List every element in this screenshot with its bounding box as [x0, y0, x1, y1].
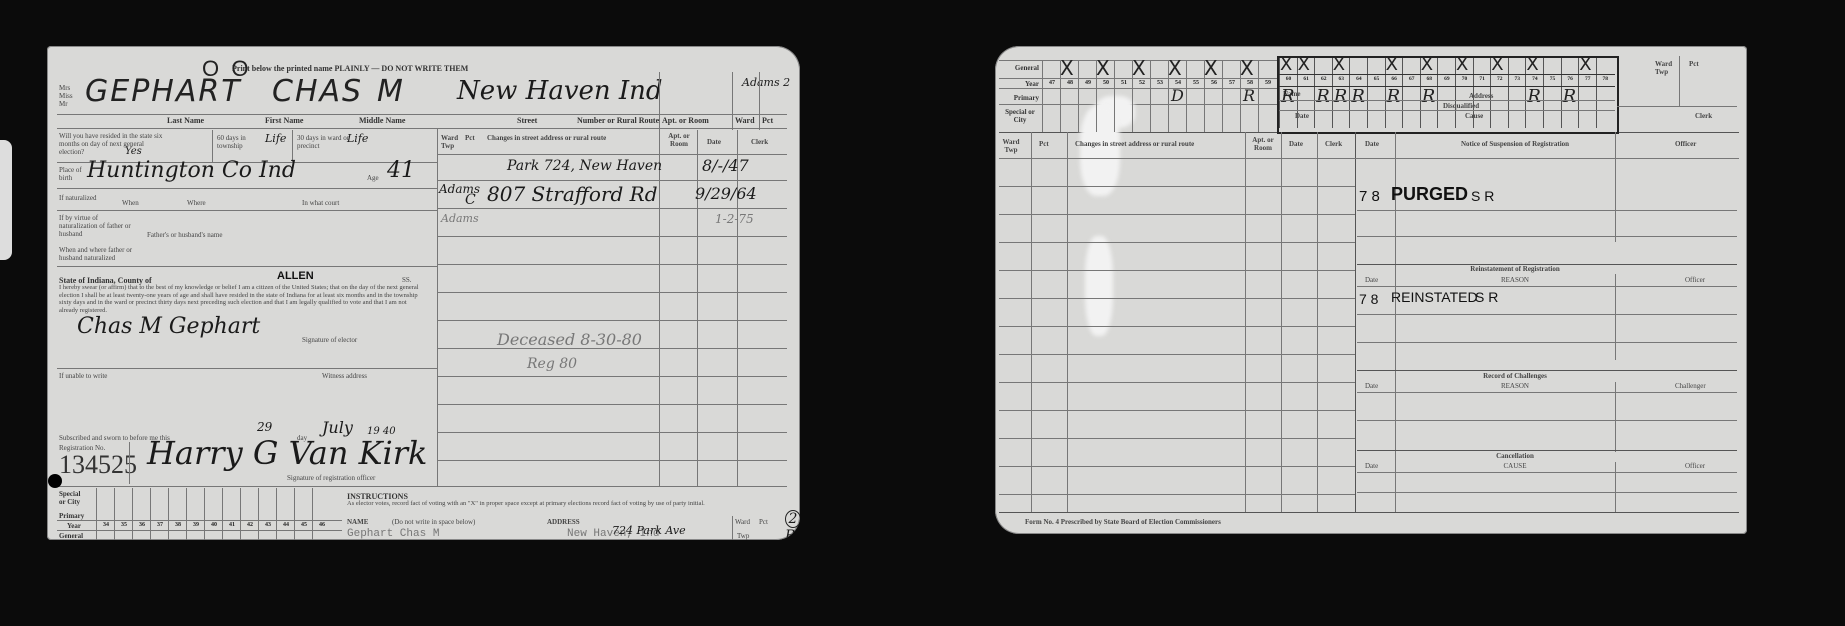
- last-name-label: Last Name: [167, 116, 204, 125]
- form-footer: Form No. 4 Prescribed by State Board of …: [1025, 518, 1221, 526]
- pct-label-bottom: Pct: [759, 518, 768, 526]
- challenges-title: Record of Challenges: [1415, 372, 1615, 380]
- vote-mark-primary: R: [1387, 86, 1401, 107]
- vote-mark-general: X: [1386, 54, 1398, 75]
- year-cell: 71: [1474, 76, 1491, 82]
- year-cell: 35: [115, 522, 133, 528]
- challenges-header-challenger: Challenger: [1675, 382, 1706, 390]
- oath-text: I hereby swear (or affirm) that to the b…: [59, 284, 424, 314]
- elector-signature-label: Signature of elector: [302, 336, 357, 344]
- changes-header-pct: Pct: [465, 134, 475, 142]
- year-cell: 46: [313, 522, 331, 528]
- cancellation-header-cause: CAUSE: [1415, 462, 1615, 470]
- year-cell: 41: [223, 522, 241, 528]
- vote-mark-general: X: [1421, 54, 1433, 75]
- vote-mark-general: X: [1060, 56, 1074, 80]
- vote-mark-general: X: [1333, 54, 1345, 75]
- vote-mark-primary: R: [1316, 86, 1330, 107]
- year-cell: 37: [151, 522, 169, 528]
- naturalized-label: If naturalized: [59, 194, 97, 202]
- vote-mark-primary: D: [1171, 86, 1184, 105]
- back-header-ward: Ward Twp: [1001, 138, 1021, 154]
- year-cell: 44: [277, 522, 295, 528]
- year-cell: 78: [1597, 76, 1614, 82]
- vote-mark-general: X: [1491, 54, 1503, 75]
- boxed-cause-label: Cause: [1465, 112, 1483, 120]
- year-cell: 77: [1579, 76, 1596, 82]
- vote-mark-general: X: [1168, 56, 1182, 80]
- back-header-clerk: Clerk: [1325, 140, 1342, 148]
- suspension-header-notice: Notice of Suspension of Registration: [1415, 140, 1615, 148]
- changes-header-apt: Apt. or Room: [663, 132, 695, 148]
- fathers-name-label: Father's or husband's name: [147, 231, 222, 239]
- grid-label-general: General: [59, 532, 83, 540]
- year-cell: 62: [1315, 76, 1332, 82]
- middle-name: M: [377, 74, 405, 109]
- changes-header-address: Changes in street address or rural route: [487, 134, 657, 142]
- year-cell: 69: [1438, 76, 1455, 82]
- changes-header-ward: Ward Twp: [441, 134, 463, 150]
- pct-label-back: Pct: [1689, 60, 1699, 68]
- year-cell: 60: [1280, 76, 1297, 82]
- year-cell: 65: [1368, 76, 1385, 82]
- year-cell: 53: [1151, 80, 1169, 86]
- ward-label-bottom: Ward: [735, 518, 750, 526]
- court-label: In what court: [302, 199, 339, 207]
- year-cell: 36: [133, 522, 151, 528]
- year-cell: 55: [1187, 80, 1205, 86]
- year-cell: 59: [1259, 80, 1277, 86]
- number-label: Number or Rural Route: [577, 116, 659, 125]
- when-where-label: When and where father or husband natural…: [59, 246, 154, 262]
- where-label: Where: [187, 199, 206, 207]
- vote-mark-general: X: [1204, 56, 1218, 80]
- reinstatement-text: REINSTATED: [1391, 289, 1478, 305]
- title-prefix: Mrs Miss Mr: [59, 84, 75, 108]
- vote-mark-general: X: [1280, 54, 1292, 75]
- ward-twp-label: Ward Twp: [1655, 60, 1677, 76]
- middle-name-label: Middle Name: [359, 116, 405, 125]
- elector-signature: Chas M Gephart: [77, 314, 260, 339]
- reinstatement-date: 7 8: [1359, 291, 1378, 307]
- circled-mark: 2: [785, 510, 800, 528]
- year-cell: 75: [1544, 76, 1561, 82]
- year-cell: 64: [1350, 76, 1367, 82]
- back-header-apt: Apt. or Room: [1249, 136, 1277, 152]
- state-residence-value: Yes: [125, 146, 142, 157]
- birthplace-value: Huntington Co Ind: [87, 158, 296, 183]
- reinstatement-header-reason: REASON: [1415, 276, 1615, 284]
- registration-card-front: Print below the printed name PLAINLY — D…: [47, 46, 800, 540]
- first-name: CHAS: [272, 74, 363, 109]
- cancellation-title: Cancellation: [1415, 452, 1615, 460]
- year-cell: 51: [1115, 80, 1133, 86]
- vote-mark-general: X: [1096, 56, 1110, 80]
- changes-header-date: Date: [707, 138, 721, 146]
- year-cell: 43: [259, 522, 277, 528]
- year-cell: 42: [241, 522, 259, 528]
- year-cell: 48: [1061, 80, 1079, 86]
- handwritten-address: 724 Park Ave: [612, 524, 686, 537]
- suspension-header-date: Date: [1365, 140, 1379, 148]
- row-label-general: General: [1001, 64, 1039, 72]
- vote-mark-general: X: [1132, 56, 1146, 80]
- change-row-1-address: Park 724, New Haven: [507, 158, 662, 174]
- vote-mark-general: X: [1298, 54, 1310, 75]
- change-row-1-date: 8/-/47: [702, 156, 749, 175]
- vote-mark-general: X: [1456, 54, 1468, 75]
- year-cell: 57: [1223, 80, 1241, 86]
- year-cell: 47: [1043, 80, 1061, 86]
- vote-mark-primary: R: [1281, 86, 1295, 107]
- street-value: New Haven Ind: [457, 76, 663, 106]
- year-cell: 52: [1133, 80, 1151, 86]
- year-cell: 61: [1298, 76, 1315, 82]
- vote-mark-primary: R: [1243, 86, 1255, 105]
- last-name: GEPHART: [85, 74, 242, 109]
- vote-mark-primary: R: [1334, 86, 1348, 107]
- change-row-2-date: 9/29/64: [695, 184, 757, 203]
- instructions-text: As elector votes, record fact of voting …: [347, 500, 767, 508]
- change-row-2-address: 807 Strafford Rd: [487, 182, 658, 206]
- row-label-special: Special or City: [1001, 108, 1039, 124]
- year-cell: 73: [1509, 76, 1526, 82]
- first-name-label: First Name: [265, 116, 303, 125]
- reinstatement-officer: S R: [1475, 289, 1498, 305]
- do-not-write-label: (Do not write in space below): [392, 518, 475, 526]
- year-cell: 66: [1386, 76, 1403, 82]
- row-label-year: Year: [1001, 80, 1039, 88]
- suspension-officer: S R: [1471, 188, 1494, 204]
- registration-number: 134525: [59, 450, 137, 480]
- ward-pct-value: Adams 2: [742, 76, 790, 89]
- year-cell: 39: [187, 522, 205, 528]
- clerk-label-back: Clerk: [1695, 112, 1712, 120]
- year-cell: 49: [1079, 80, 1097, 86]
- scan-edge-artifact: [0, 140, 12, 260]
- when-label: When: [122, 199, 139, 207]
- vote-mark-primary: R: [1422, 86, 1436, 107]
- year-cell: 34: [97, 522, 115, 528]
- vote-mark-general: X: [1526, 54, 1538, 75]
- grid-label-year: Year: [67, 522, 81, 530]
- year-cell: 40: [205, 522, 223, 528]
- officer-signature-label: Signature of registration officer: [287, 474, 375, 482]
- grid-label-special: Special or City: [59, 490, 81, 506]
- year-cell: 67: [1403, 76, 1420, 82]
- ward-residence-value: Life: [347, 132, 368, 145]
- township-label: 60 days in township: [217, 134, 267, 150]
- back-header-pct: Pct: [1039, 140, 1049, 148]
- suspension-text: PURGED: [1391, 184, 1468, 205]
- registration-card-back: General Year Primary Special or City Nam…: [995, 46, 1747, 534]
- county-value: ALLEN: [277, 270, 314, 282]
- year-cell: 70: [1456, 76, 1473, 82]
- age-value: 41: [387, 158, 415, 183]
- year-cell: 56: [1205, 80, 1223, 86]
- vote-mark-primary: R: [1563, 86, 1577, 107]
- year-cell: 45: [295, 522, 313, 528]
- reinstatement-header-date: Date: [1365, 276, 1378, 284]
- year-cell: 50: [1097, 80, 1115, 86]
- change-row-2-pct: C: [465, 192, 476, 208]
- twp-label: Twp: [737, 532, 749, 540]
- township-value: Life: [265, 132, 286, 145]
- reinstatement-title: Reinstatement of Registration: [1415, 265, 1615, 273]
- state-residence-label: Will you have resided in the state six m…: [59, 132, 164, 156]
- vote-mark-general: X: [1240, 56, 1254, 80]
- year-cell: 68: [1421, 76, 1438, 82]
- derivative-label: If by virtue of naturalization of father…: [59, 214, 134, 238]
- cancellation-header-date: Date: [1365, 462, 1378, 470]
- address-label: ADDRESS: [547, 518, 580, 526]
- pct-label: Pct: [762, 116, 773, 125]
- changes-header-clerk: Clerk: [751, 138, 768, 146]
- year-cell: 76: [1562, 76, 1579, 82]
- year-cell: 72: [1491, 76, 1508, 82]
- ss-label: SS.: [402, 276, 412, 284]
- birthplace-label: Place of birth: [59, 166, 87, 182]
- change-row-3-date: 1-2-75: [715, 212, 754, 226]
- sworn-day: 29: [257, 420, 272, 434]
- change-row-3-ward: Adams: [441, 212, 479, 225]
- back-header-address: Changes in street address or rural route: [1075, 140, 1245, 148]
- reinstatement-header-officer: Officer: [1685, 276, 1705, 284]
- punch-hole: [48, 474, 62, 488]
- apt-label: Apt. or Room: [662, 116, 709, 125]
- faded-entry-reg: Reg 80: [527, 356, 577, 372]
- challenges-header-date: Date: [1365, 382, 1378, 390]
- challenges-header-reason: REASON: [1415, 382, 1615, 390]
- year-cell: 38: [169, 522, 187, 528]
- grid-label-primary: Primary: [59, 512, 84, 520]
- name-label: NAME: [347, 518, 368, 526]
- back-header-date: Date: [1289, 140, 1303, 148]
- row-label-primary: Primary: [1001, 94, 1039, 102]
- ward-mark: R: [785, 528, 796, 540]
- vote-mark-primary: R: [1351, 86, 1365, 107]
- cancellation-header-officer: Officer: [1685, 462, 1705, 470]
- year-cell: 74: [1526, 76, 1543, 82]
- typed-name: Gephart Chas M: [347, 528, 439, 540]
- officer-signature: Harry G Van Kirk: [147, 434, 427, 472]
- suspension-date: 7 8: [1359, 188, 1380, 205]
- year-cell: 63: [1333, 76, 1350, 82]
- vote-mark-general: X: [1579, 54, 1591, 75]
- witness-label: If unable to write: [59, 372, 107, 380]
- witness-address-label: Witness address: [322, 372, 367, 380]
- print-instruction: Print below the printed name PLAINLY — D…: [232, 64, 468, 73]
- street-label: Street: [517, 116, 537, 125]
- faded-entry-deceased: Deceased 8-30-80: [497, 330, 642, 349]
- vote-mark-primary: R: [1527, 86, 1541, 107]
- ward-label: Ward: [735, 116, 755, 125]
- age-label: Age: [367, 174, 379, 182]
- suspension-header-officer: Officer: [1675, 140, 1696, 148]
- boxed-disqualified-label: Disqualified: [1443, 102, 1479, 110]
